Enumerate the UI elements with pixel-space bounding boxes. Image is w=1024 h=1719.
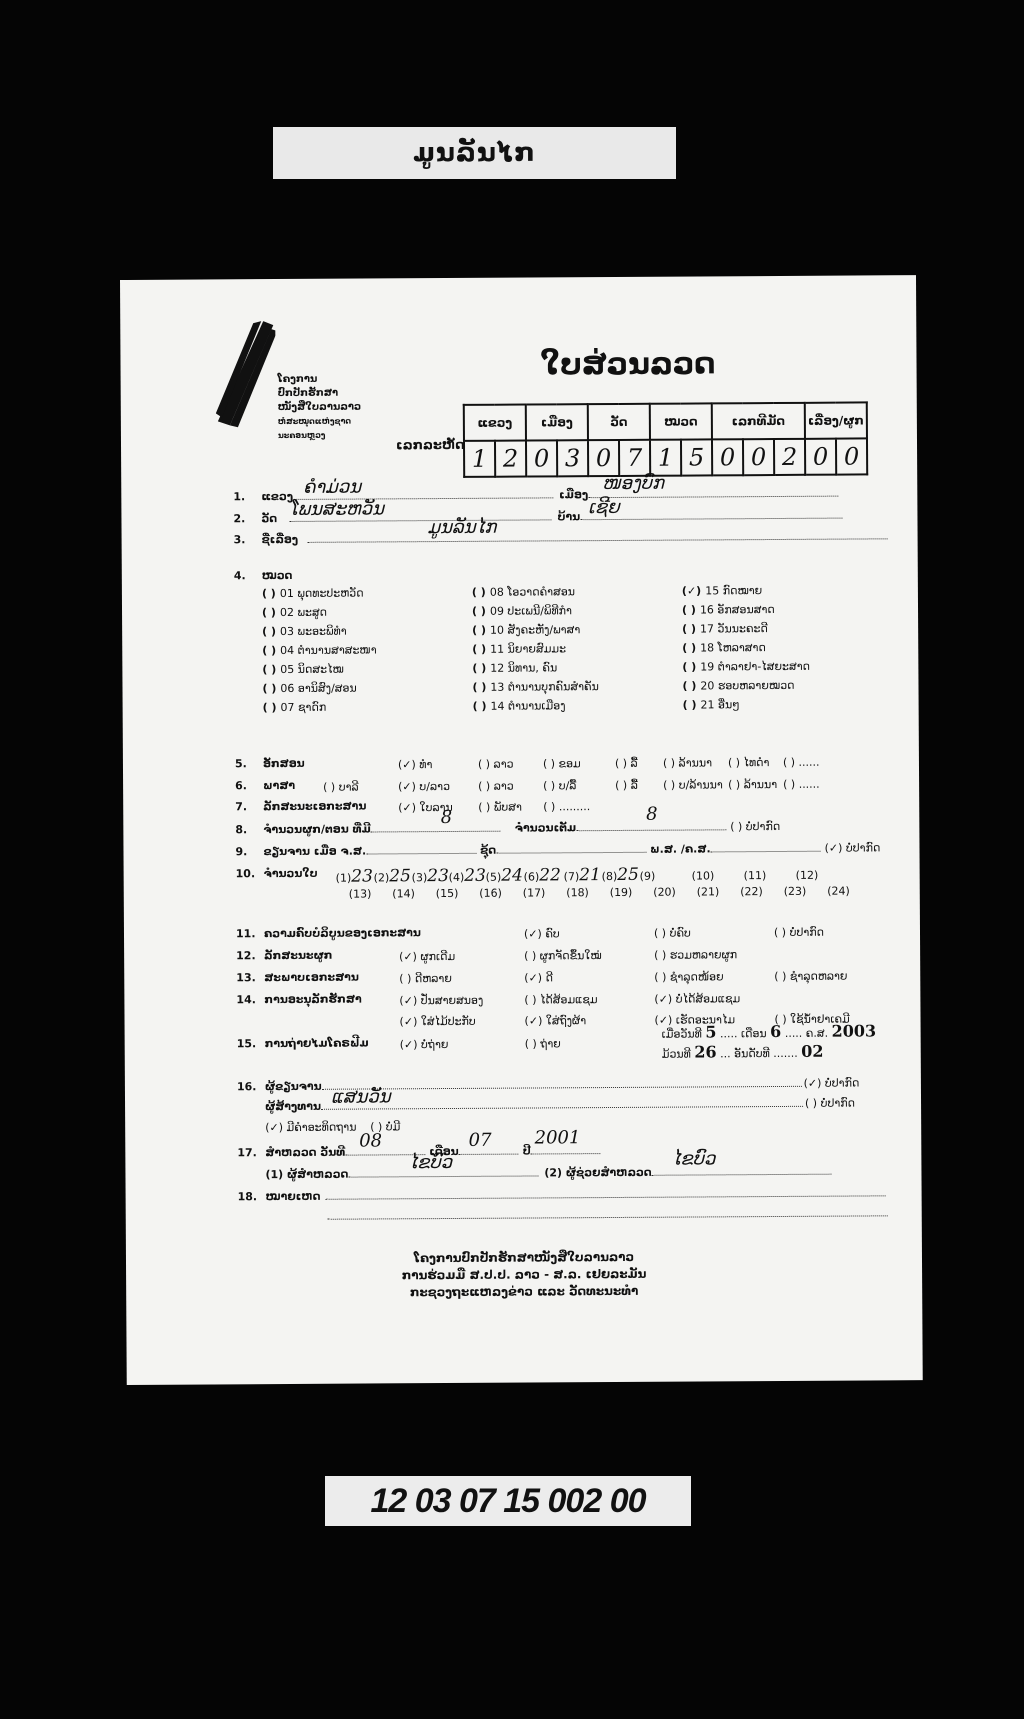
district-value-line[interactable]: ໜອງບົກ xyxy=(588,486,838,499)
survey-month-line[interactable]: 07 xyxy=(459,1144,519,1155)
code-header: ເລື່ອງ/ຜູກ xyxy=(805,402,867,438)
field-number: 14. xyxy=(236,993,264,1006)
dedication-option[interactable]: (✓) ມີຄຳອະທິດຖານ xyxy=(265,1121,356,1135)
material-option[interactable]: ( ) ພັບສາ xyxy=(478,801,522,814)
script-option[interactable]: ( ) ລາວ xyxy=(478,758,514,771)
microfilm-roll-label: ມ້ວນທີ xyxy=(662,1048,691,1061)
checkbox-icon[interactable]: ( ) xyxy=(682,603,696,616)
checkbox-icon[interactable]: ( ) xyxy=(472,624,486,637)
survey-year-line[interactable]: 2001 xyxy=(531,1143,601,1154)
leaf-index: (11) xyxy=(744,869,767,882)
code-header: ວັດ xyxy=(588,404,650,440)
category-option[interactable]: (✓)15 ກົດໝາຍ xyxy=(682,584,762,597)
category-option[interactable]: ( )20 ຮອບຫລາຍໝວດ xyxy=(682,679,794,693)
bundle-type-options: (✓) ຜູກເດີມ( ) ຜູກຈັດຂຶ້ນໃໝ່( ) ຮວມຫລາຍຜ… xyxy=(120,275,916,280)
category-option[interactable]: ( )18 ໂຫລາສາດ xyxy=(682,641,766,655)
option-label: 10 ສັງຄະຫັງ/ພາສາ xyxy=(490,623,580,637)
language-option[interactable]: ( ) ລາວ xyxy=(478,780,514,793)
code-digit: 5 xyxy=(681,439,712,475)
footer-line: ກະຊວງຖະແຫລງຂ່າວ ແລະ ວັດທະນະທຳ xyxy=(126,1281,922,1303)
field-label: ສະພາບເອກະສານ xyxy=(264,971,359,985)
script-option[interactable]: ( ) ໄທດຳ xyxy=(728,756,770,769)
option-label: 17 ວັນນະຄະດີ xyxy=(700,622,768,635)
field-script: 5. ອັກສອນ xyxy=(235,757,305,770)
checkbox-icon[interactable]: ( ) xyxy=(472,643,486,656)
option-label: 02 ພະສູດ xyxy=(280,606,327,619)
field-label: ເມືອງ xyxy=(559,488,588,501)
leaf-index[interactable]: (17) xyxy=(523,886,546,899)
field-date-written: 9. ຂຽນຈານ ເມື່ອ ຈ.ສ. ຊຸ້ດ ພ.ສ. /ຄ.ສ. (✓)… xyxy=(235,840,880,858)
completeness-options: (✓) ຄົບ( ) ບໍ່ຄົບ( ) ບໍ່ປາກົດ xyxy=(120,275,916,280)
category-option[interactable]: ( )04 ຕຳນານສາສະໜາ xyxy=(262,643,376,657)
leaf-count[interactable]: (4)23 xyxy=(449,866,486,886)
category-option[interactable]: ( )06 ອານິສົງ/ສອນ xyxy=(262,682,356,696)
field-number: 2. xyxy=(233,512,261,525)
code-header: ແຂວງ xyxy=(464,405,526,441)
field-number: 7. xyxy=(235,800,263,813)
checkbox-icon[interactable]: ( ) xyxy=(262,625,276,638)
field-label: ລັກສະນະເອກະສານ xyxy=(263,800,366,814)
checkbox-icon[interactable]: ( ) xyxy=(682,660,696,673)
logo-line: ໜັງສືໃບລານລາວ xyxy=(278,400,386,415)
field-number: 13. xyxy=(236,971,264,984)
leaf-index: (10) xyxy=(692,869,715,882)
code-label-text: 12 03 07 15 002 00 xyxy=(370,1482,645,1521)
leaf-count[interactable]: (7)21 xyxy=(564,865,601,885)
field-number: 9. xyxy=(235,845,263,858)
script-option[interactable]: ( ) ລ້ານນາ xyxy=(663,756,712,769)
leaf-index[interactable]: (21) xyxy=(697,885,720,898)
category-option[interactable]: ( )08 ໂອວາດຄຳສອນ xyxy=(472,585,575,599)
bundles-total-value: 8 xyxy=(646,804,658,825)
field-number: 8. xyxy=(235,823,263,836)
survey-form: ໂຄງການ ປົກປັກຮັກສາ ໜັງສືໃບລານລາວ ຫໍສະໝຸດ… xyxy=(120,275,923,1385)
survey-day: 08 xyxy=(359,1130,382,1151)
leaf-index: (7) xyxy=(564,870,580,883)
be-ad-year-line[interactable] xyxy=(711,841,821,853)
leaf-value: 21 xyxy=(579,865,601,885)
language-option[interactable]: ( ) ບ/ລ້ານນາ xyxy=(663,778,723,791)
checkbox-icon[interactable]: ( ) xyxy=(682,622,696,635)
code-digit: 2 xyxy=(495,441,526,477)
form-footer: ໂຄງການປົກປັກຮັກສາໜັງສືໃບລານລາວ ການຮ່ວມມື… xyxy=(126,1247,922,1303)
microfilm-frame-value[interactable]: 02 xyxy=(801,1042,823,1061)
field-completeness: 11. ຄວາມຄົບບໍລິບູນຂອງເອກະສານ xyxy=(236,926,421,940)
language-options: ( ) ບາລີ(✓) ບ/ລາວ( ) ລາວ( ) ບ/ລື້( ) ລື້… xyxy=(120,275,916,280)
checkbox-icon[interactable]: ( ) xyxy=(262,606,276,619)
script-option[interactable]: ( ) ຂອມ xyxy=(543,757,581,770)
field-label: ອັກສອນ xyxy=(263,757,305,770)
checkbox-icon[interactable]: ( ) xyxy=(262,663,276,676)
script-option[interactable]: ( ) ...... xyxy=(783,756,820,769)
condition-options: ( ) ດີຫລາຍ(✓) ດີ( ) ຊຳລຸດໜ້ອຍ( ) ຊຳລຸດຫລ… xyxy=(120,275,916,280)
leaf-index[interactable]: (15) xyxy=(436,887,459,900)
leaf-index[interactable]: (13) xyxy=(349,887,372,900)
leaf-index[interactable]: (22) xyxy=(740,885,763,898)
field-label: ຈຳນວນເຕັມ xyxy=(515,821,576,834)
field-label: (2) ຜູ້ຊ່ວຍສຳຫລວດ xyxy=(544,1166,651,1180)
leaf-index: (9) xyxy=(640,870,656,883)
checkbox-icon[interactable]: ( ) xyxy=(682,641,696,654)
logo-line: ປົກປັກຮັກສາ xyxy=(278,386,386,401)
code-digit: 0 xyxy=(743,439,774,475)
microfilm-option[interactable]: ( ) ຖ່າຍ xyxy=(525,1037,561,1050)
field-label: (1) ຜູ້ສຳຫລວດ xyxy=(265,1168,348,1182)
completeness-option[interactable]: (✓) ຄົບ xyxy=(524,927,560,940)
checkbox-icon[interactable]: ( ) xyxy=(682,679,696,692)
survey-year: 2001 xyxy=(535,1127,581,1148)
cycle-line[interactable] xyxy=(496,842,646,854)
microfilm-month[interactable]: 6 xyxy=(770,1022,781,1041)
material-option[interactable]: ( ) ......... xyxy=(543,800,590,813)
category-options: ( )01 ພຸດທະປະຫວັດ( )02 ພະສູດ( )03 ພະອະພິ… xyxy=(120,275,916,280)
checkbox-icon[interactable]: ( ) xyxy=(262,644,276,657)
field-category: 4. ໝວດ xyxy=(234,569,293,582)
remarks-line[interactable] xyxy=(326,1185,886,1199)
form-title: ໃບສ່ວນລວດ xyxy=(540,346,715,382)
leaf-index: (8) xyxy=(602,870,618,883)
field-label: ການຖ່າຍໄມໂຄຣຟີມ xyxy=(265,1036,369,1050)
code-digit: 0 xyxy=(526,440,557,476)
completeness-option[interactable]: ( ) ບໍ່ປາກົດ xyxy=(774,926,824,939)
option-label: 03 ພະອະພິທຳ xyxy=(280,625,347,638)
date-unknown-checkbox[interactable]: (✓) ບໍ່ປາກົດ xyxy=(825,841,881,854)
surveyor-line[interactable]: ໄຂບົວ xyxy=(348,1165,538,1177)
code-label-strip: 12 03 07 15 002 00 xyxy=(325,1476,691,1526)
option-label: 18 ໂຫລາສາດ xyxy=(700,641,766,654)
logo-line: ໂຄງການ xyxy=(278,372,386,387)
leaf-count[interactable]: (6)22 xyxy=(524,865,561,885)
category-option[interactable]: ( )07 ຊາດົກ xyxy=(263,701,327,714)
field-label: ໝວດ xyxy=(262,569,293,582)
script-option[interactable]: (✓) ທຳ xyxy=(398,758,433,771)
field-label: ຊື່ເລື່ອງ xyxy=(262,533,308,546)
preservation-option[interactable]: (✓) ໃສ່ໄມ້ປະກັບ xyxy=(399,1015,475,1028)
option-label: 11 ນິຍາຍສົມມະ xyxy=(490,642,566,655)
leaf-index: (2) xyxy=(374,871,390,884)
code-digit: 0 xyxy=(588,440,619,476)
province-value: ຄຳມ່ວນ xyxy=(303,477,361,498)
leaf-value: 23 xyxy=(464,866,486,886)
leaves-row-1: (1)23(2)25(3)23(4)23(5)24(6)22(7)21(8)25… xyxy=(120,275,916,280)
code-digit: 1 xyxy=(464,441,495,477)
category-option[interactable]: ( )13 ຕຳນານບຸກຄົນສຳຄັນ xyxy=(472,680,598,694)
script-options: (✓) ທຳ( ) ລາວ( ) ຂອມ( ) ລື້( ) ລ້ານນາ( )… xyxy=(120,275,916,280)
category-option[interactable]: ( )05 ນິດສະໄໝ xyxy=(262,663,343,676)
assistant-line[interactable]: ໄຂບົວ xyxy=(652,1164,832,1176)
completeness-option[interactable]: ( ) ບໍ່ຄົບ xyxy=(654,927,691,940)
checkbox-icon[interactable]: ( ) xyxy=(472,681,486,694)
field-leaves: 10. ຈຳນວນໃບ xyxy=(236,867,334,881)
language-option[interactable]: ( ) ບາລີ xyxy=(323,781,359,794)
bundle-type-option[interactable]: (✓) ຜູກເດີມ xyxy=(399,950,455,963)
category-option[interactable]: ( )14 ຕຳນານເມືອງ xyxy=(473,699,566,713)
category-option[interactable]: ( )09 ປະເພນີ/ພິທີກຳ xyxy=(472,604,572,618)
category-option[interactable]: ( )19 ຕຳລາຢາ-ໄສຍະສາດ xyxy=(682,660,810,674)
field-label: ຜູ້ຂຽນຈານ xyxy=(265,1080,322,1093)
leaf-count[interactable]: (9) xyxy=(640,865,656,885)
option-label: 20 ຮອບຫລາຍໝວດ xyxy=(700,679,794,693)
condition-option[interactable]: ( ) ຊຳລຸດໜ້ອຍ xyxy=(654,970,723,983)
microfilm-date: ເມື່ອວັນທີ 5 ..... ເດືອນ 6 ..... ຄ.ສ. 20… xyxy=(662,1021,877,1041)
leaf-count[interactable]: (12) xyxy=(796,864,819,884)
leaves-row-2: (13)(14)(15)(16)(17)(18)(19)(20)(21)(22)… xyxy=(120,275,916,280)
code-header: ໝວດ xyxy=(650,403,712,439)
option-label: 04 ຕຳນານສາສະໜາ xyxy=(280,643,377,657)
logo-org-name: ໂຄງການ ປົກປັກຮັກສາ ໜັງສືໃບລານລາວ ຫໍສະໝຸດ… xyxy=(278,372,386,443)
leaf-count[interactable]: (1)23 xyxy=(336,866,373,886)
assistant-value: ໄຂບົວ xyxy=(671,1148,715,1169)
district-value: ໜອງບົກ xyxy=(602,473,664,494)
leaf-value: 22 xyxy=(539,865,561,885)
checkbox-icon[interactable]: ( ) xyxy=(473,700,487,713)
checkbox-icon[interactable]: ( ) xyxy=(472,662,486,675)
code-digit: 3 xyxy=(557,440,588,476)
language-option[interactable]: (✓) ບ/ລາວ xyxy=(398,780,450,793)
leaf-count[interactable]: (3)23 xyxy=(412,866,449,886)
logo-stripes-icon xyxy=(215,321,276,431)
leaf-index[interactable]: (14) xyxy=(392,887,415,900)
code-digit: 0 xyxy=(712,439,743,475)
field-number: 5. xyxy=(235,757,263,770)
leaf-count[interactable]: (5)24 xyxy=(486,866,523,886)
bundles-total-line[interactable]: 8 xyxy=(576,819,726,831)
material-options: (✓) ໃບລານ( ) ພັບສາ( ) ......... xyxy=(120,275,916,280)
category-option[interactable]: ( )17 ວັນນະຄະດີ xyxy=(682,622,768,636)
field-title: 3. ຊື່ເລື່ອງ ມູນລັນໄກ xyxy=(234,528,888,546)
leaf-count[interactable]: (11) xyxy=(744,864,767,884)
scribe-value-line[interactable] xyxy=(322,1076,802,1090)
field-label: ການອະນຸລັກຮັກສາ xyxy=(264,993,361,1007)
field-number: 10. xyxy=(236,867,264,880)
language-option[interactable]: ( ) ລື້ xyxy=(615,779,638,792)
field-label: ຜູ້ສ້າງທານ xyxy=(265,1100,321,1113)
field-label: ພ.ສ. /ຄ.ສ. xyxy=(650,842,711,855)
code-header: ເມືອງ xyxy=(526,404,588,440)
condition-option[interactable]: ( ) ດີຫລາຍ xyxy=(399,972,452,985)
field-label: ຈຳນວນໃບ xyxy=(264,867,334,880)
option-label: 05 ນິດສະໄໝ xyxy=(280,663,344,676)
category-option[interactable]: ( )16 ອັກສອນສາດ xyxy=(682,603,775,617)
microfilm-option[interactable]: (✓) ບໍ່ຖ່າຍ xyxy=(400,1038,449,1051)
remarks-line-2[interactable] xyxy=(328,1205,888,1219)
manuscript-title-value: ມູນລັນໄກ xyxy=(427,517,496,538)
leaf-index[interactable]: (16) xyxy=(479,887,502,900)
field-label: ຂຽນຈານ ເມື່ອ ຈ.ສ. xyxy=(263,845,366,859)
field-bundles: 8. ຈຳນວນຜູກ/ຕອນ ທີ່ມີ 8 ຈຳນວນເຕັມ 8 ( ) … xyxy=(235,819,780,836)
condition-option[interactable]: (✓) ດີ xyxy=(524,971,553,984)
title-label-text: ມູນລັນໄກ xyxy=(413,138,536,168)
code-digit: 2 xyxy=(774,439,805,475)
preservation-options: (✓) ປັ່ນສາຍສນອງ( ) ໄດ້ສ້ອມແຊມ(✓) ບໍ່ໄດ້ສ… xyxy=(120,275,916,280)
field-language: 6. ພາສາ xyxy=(235,779,295,792)
leaf-index[interactable]: (24) xyxy=(827,885,850,898)
category-option[interactable]: ( )01 ພຸດທະປະຫວັດ xyxy=(262,587,364,601)
leaf-index[interactable]: (20) xyxy=(653,886,676,899)
category-option[interactable]: ( )11 ນິຍາຍສົມມະ xyxy=(472,642,566,656)
field-number: 11. xyxy=(236,927,264,940)
field-label: ຈຳນວນຜູກ/ຕອນ ທີ່ມີ xyxy=(263,822,370,836)
title-label-strip: ມູນລັນໄກ xyxy=(273,127,676,179)
bundles-unknown-checkbox[interactable]: ( ) ບໍ່ປາກົດ xyxy=(730,820,780,833)
survey-month: 07 xyxy=(469,1130,492,1151)
cs-year-line[interactable] xyxy=(366,843,476,855)
village-value-line[interactable]: ເຊີຍ xyxy=(580,508,842,521)
field-number: 3. xyxy=(234,533,262,546)
checkbox-icon[interactable]: ( ) xyxy=(263,701,277,714)
microfilm-roll-value[interactable]: 26 xyxy=(694,1042,716,1061)
language-option[interactable]: ( ) ລ້ານນາ xyxy=(728,778,777,791)
leaf-value: 25 xyxy=(389,866,411,886)
preservation-option[interactable]: (✓) ໃສ່ຖົງຜ້າ xyxy=(524,1014,586,1027)
checkbox-icon[interactable]: ( ) xyxy=(683,698,697,711)
option-label: 06 ອານິສົງ/ສອນ xyxy=(280,682,356,695)
field-label: ສຳຫລວດ ວັນທີ xyxy=(265,1146,345,1159)
bundles-value: 8 xyxy=(441,807,453,828)
microfilm-month-label: ເດືອນ xyxy=(741,1027,767,1040)
microfilm-frame-label: ອັນດັບທີ xyxy=(734,1047,770,1060)
leaf-value: 23 xyxy=(351,866,373,886)
field-number: 6. xyxy=(235,779,263,792)
category-option[interactable]: ( )21 ອື່ນໆ xyxy=(683,698,740,711)
microfilm-year-label: ຄ.ສ. xyxy=(806,1027,828,1040)
temple-value: ໂພນສະຫວັນ xyxy=(289,498,384,520)
leaf-count[interactable]: (10) xyxy=(692,864,715,884)
option-label: 01 ພຸດທະປະຫວັດ xyxy=(280,587,364,601)
condition-option[interactable]: ( ) ຊຳລຸດຫລາຍ xyxy=(774,970,847,983)
category-option[interactable]: ( )02 ພະສູດ xyxy=(262,606,327,619)
microfilm-date-label: ເມື່ອວັນທີ xyxy=(662,1027,702,1040)
category-option[interactable]: ( )10 ສັງຄະຫັງ/ພາສາ xyxy=(472,623,580,637)
option-label: 12 ນິທານ, ຄົນ xyxy=(490,661,557,674)
temple-value-line[interactable]: ໂພນສະຫວັນ xyxy=(289,509,551,522)
option-label: 09 ປະເພນີ/ພິທີກຳ xyxy=(490,604,572,618)
checkbox-icon[interactable]: ( ) xyxy=(262,682,276,695)
dedication-options: (✓) ມີຄຳອະທິດຖານ( ) ບໍ່ມີ xyxy=(120,275,916,280)
leaf-index: (1) xyxy=(336,872,352,885)
microfilm-day[interactable]: 5 xyxy=(705,1022,716,1041)
field-label: ພາສາ xyxy=(263,779,295,792)
option-label: 07 ຊາດົກ xyxy=(280,701,326,714)
code-digit: 1 xyxy=(650,440,681,476)
leaf-count[interactable]: (8)25 xyxy=(602,865,639,885)
field-number: 16. xyxy=(237,1080,265,1093)
bundle-type-option[interactable]: ( ) ຮວມຫລາຍຜູກ xyxy=(654,948,737,962)
remarks-line[interactable] xyxy=(328,1205,888,1219)
project-logo: ໂຄງການ ປົກປັກຮັກສາ ໜັງສືໃບລານລາວ ຫໍສະໝຸດ… xyxy=(215,320,386,431)
logo-line: ຫໍສະໝຸດແຫ່ງຊາດ ນະຄອນຫຼວງ xyxy=(278,414,386,443)
field-number: 1. xyxy=(233,490,261,503)
field-label: ລັກສະນະຜູກ xyxy=(264,949,332,962)
leaf-value: 25 xyxy=(617,865,639,885)
leaf-count[interactable]: (2)25 xyxy=(374,866,411,886)
sponsor-unknown-checkbox[interactable]: ( ) ບໍ່ປາກົດ xyxy=(805,1097,855,1110)
field-remarks: 18. ໝາຍເຫດ xyxy=(238,1185,886,1203)
field-label: ວັດ xyxy=(261,512,289,525)
microfilm-year[interactable]: 2003 xyxy=(832,1021,877,1040)
field-number: 18. xyxy=(238,1190,266,1203)
leaf-value: 24 xyxy=(501,866,523,886)
field-temple: 2. ວັດ ໂພນສະຫວັນ ບ້ານ ເຊີຍ xyxy=(233,508,842,526)
checkbox-icon[interactable]: ( ) xyxy=(262,587,276,600)
field-preservation: 14. ການອະນຸລັກຮັກສາ xyxy=(236,993,361,1007)
field-material: 7. ລັກສະນະເອກະສານ xyxy=(235,800,366,814)
field-label: ປີ xyxy=(523,1145,531,1158)
leaf-index: (6) xyxy=(524,870,540,883)
field-condition: 13. ສະພາບເອກະສານ xyxy=(236,971,359,985)
preservation-option[interactable]: (✓) ປັ່ນສາຍສນອງ xyxy=(399,994,483,1008)
leaf-index: (12) xyxy=(796,869,819,882)
field-label: ບ້ານ xyxy=(557,510,580,523)
field-label: ຊຸ້ດ xyxy=(480,844,496,857)
checkbox-icon[interactable]: ( ) xyxy=(472,586,486,599)
leaf-value: 23 xyxy=(427,866,449,886)
checkbox-icon[interactable]: ( ) xyxy=(472,605,486,618)
preservation-option[interactable]: ( ) ໄດ້ສ້ອມແຊມ xyxy=(524,993,597,1006)
field-label: ຄວາມຄົບບໍລິບູນຂອງເອກະສານ xyxy=(264,926,421,940)
code-digit: 7 xyxy=(619,440,650,476)
field-number: 15. xyxy=(237,1037,265,1050)
option-label: 15 ກົດໝາຍ xyxy=(705,584,762,597)
field-sponsor: ຜູ້ສ້າງທານ ແສນວັນ ( ) ບໍ່ປາກົດ xyxy=(265,1096,855,1114)
option-label: 21 ອື່ນໆ xyxy=(700,698,739,711)
leaf-index: (3) xyxy=(412,871,428,884)
code-table: ແຂວງ ເມືອງ ວັດ ໝວດ ເລກທີມັດ ເລື່ອງ/ຜູກ 1… xyxy=(463,401,868,477)
field-bundle-type: 12. ລັກສະນະຜູກ xyxy=(236,949,332,963)
checkbox-icon[interactable]: (✓) xyxy=(682,584,701,597)
leaf-index[interactable]: (19) xyxy=(610,886,633,899)
leaf-index[interactable]: (23) xyxy=(784,885,807,898)
option-label: 16 ອັກສອນສາດ xyxy=(700,603,775,616)
sponsor-value-line[interactable]: ແສນວັນ xyxy=(321,1096,803,1110)
field-surveyors: (1) ຜູ້ສຳຫລວດ ໄຂບົວ (2) ຜູ້ຊ່ວຍສຳຫລວດ ໄຂ… xyxy=(265,1164,831,1181)
field-label: ໝາຍເຫດ xyxy=(266,1190,326,1203)
village-value: ເຊີຍ xyxy=(588,497,620,518)
leaf-index: (4) xyxy=(449,871,465,884)
field-number: 17. xyxy=(237,1146,265,1159)
script-option[interactable]: ( ) ລື້ xyxy=(615,757,638,770)
field-microfilm: 15. ການຖ່າຍໄມໂຄຣຟີມ xyxy=(237,1036,369,1050)
language-option[interactable]: ( ) ...... xyxy=(783,778,820,791)
category-option[interactable]: ( )03 ພະອະພິທຳ xyxy=(262,625,347,639)
option-label: 14 ຕຳນານເມືອງ xyxy=(490,699,565,712)
bundle-type-option[interactable]: ( ) ຜູກຈັດຂຶ້ນໃໝ່ xyxy=(524,949,602,962)
leaf-index: (5) xyxy=(486,871,502,884)
option-label: 08 ໂອວາດຄຳສອນ xyxy=(490,585,575,599)
microfilm-options: (✓) ບໍ່ຖ່າຍ( ) ຖ່າຍ xyxy=(120,275,916,280)
option-label: 19 ຕຳລາຢາ-ໄສຍະສາດ xyxy=(700,660,810,674)
manuscript-title-line[interactable]: ມູນລັນໄກ xyxy=(308,528,888,543)
leaf-index[interactable]: (18) xyxy=(566,886,589,899)
field-number: 4. xyxy=(234,569,262,582)
code-digit: 0 xyxy=(836,438,867,474)
sponsor-value: ແສນວັນ xyxy=(331,1086,391,1107)
code-header: ເລກທີມັດ xyxy=(712,403,805,440)
code-label: ເລກລະຫັດ xyxy=(396,438,465,453)
language-option[interactable]: ( ) ບ/ລື້ xyxy=(543,779,576,792)
code-digit: 0 xyxy=(805,439,836,475)
surveyor-value: ໄຂບົວ xyxy=(408,1152,452,1173)
category-option[interactable]: ( )12 ນິທານ, ຄົນ xyxy=(472,661,557,675)
field-number: 12. xyxy=(236,949,264,962)
preservation-option[interactable]: (✓) ບໍ່ໄດ້ສ້ອມແຊມ xyxy=(654,992,740,1006)
scribe-unknown-checkbox[interactable]: (✓) ບໍ່ປາກົດ xyxy=(804,1076,860,1089)
option-label: 13 ຕຳນານບຸກຄົນສຳຄັນ xyxy=(490,680,599,694)
bundles-value-line[interactable]: 8 xyxy=(371,821,501,833)
microfilm-roll: ມ້ວນທີ 26 ... ອັນດັບທີ ....... 02 xyxy=(662,1042,824,1062)
